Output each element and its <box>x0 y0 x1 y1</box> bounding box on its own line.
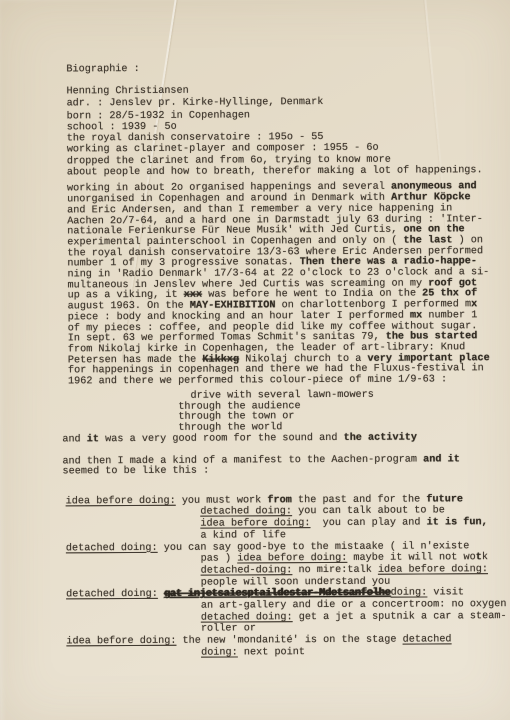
text-run: idea before doing: <box>378 564 488 576</box>
document-line: and it was a very good room for the soun… <box>62 433 510 446</box>
text-run: detached-doing: <box>201 565 293 576</box>
paper-sheet: Biographie :Henning Christiansenadr. : J… <box>0 0 510 720</box>
document-line: about people and how to breath, therefor… <box>67 165 510 179</box>
text-run: detached doing: <box>66 589 158 600</box>
text-run: x <box>471 299 477 310</box>
text-run: doing: <box>391 588 428 599</box>
text-run: adr. : Jenslev pr. Kirke-Hyllinge, Denma… <box>67 97 324 109</box>
text-run: it is fun, <box>427 517 488 528</box>
text-run: k <box>482 552 488 563</box>
text-run: was a very good room for the sound and <box>99 433 344 445</box>
text-run: mx <box>410 310 422 321</box>
text-run: detached <box>403 634 452 645</box>
text-run: future <box>426 494 463 505</box>
text-run: next point <box>238 647 305 658</box>
blank-line <box>66 76 76 87</box>
text-run: born : 28/5-1932 in Copenhagen <box>67 110 250 122</box>
text-run: MAY-EXHIBITION <box>190 300 276 311</box>
text-run: Henning Christiansen <box>66 86 188 98</box>
text-run: drive with several lawn-mowers <box>190 390 373 402</box>
document-line: 1962 and there we performed this colour-… <box>68 375 510 388</box>
text-run: the new 'mondanité' is on the stage <box>176 635 402 647</box>
text-run: doing: <box>201 647 238 658</box>
text-block: drive with several lawn-mowersthrough th… <box>68 390 510 479</box>
text-run: xxx <box>184 290 202 301</box>
blank-line <box>69 478 79 496</box>
document-body: Biographie :Henning Christiansenadr. : J… <box>0 0 510 660</box>
document-line: Biographie : <box>66 62 510 76</box>
text-run: maybe it will not wo <box>347 552 475 564</box>
text-run: 1962 and there we performed this colour-… <box>68 374 447 387</box>
document-line: detached doing: get a jet a sputnik a ca… <box>201 611 510 624</box>
document-line: adr. : Jenslev pr. Kirke-Hyllinge, Denma… <box>67 96 510 110</box>
text-run: you must work <box>176 495 268 506</box>
text-run: an art-gallery and die or a concertroom:… <box>201 599 507 612</box>
text-run: the past and for the <box>292 494 427 506</box>
text-run: get a jet a sputnik a car a steam- <box>293 611 507 623</box>
text-run: detached doing: <box>201 612 293 623</box>
text-run: you can talk about to be <box>292 506 445 518</box>
text-run: a kind of life <box>200 530 286 541</box>
text-run: you can play and <box>310 518 426 530</box>
text-block: idea before doing: you must work from th… <box>69 476 510 660</box>
text-run: Biographie : <box>66 64 139 75</box>
text-run: about people and how to breath, therefor… <box>67 165 483 178</box>
text-run: it <box>87 434 99 445</box>
text-run: number 1 <box>422 310 477 321</box>
document-line: detached-doing: no mire:talk idea before… <box>201 564 510 577</box>
text-run: and it <box>423 454 460 465</box>
text-run: one on the <box>403 225 464 236</box>
text-run: the last <box>404 235 453 246</box>
text-run: idea before doing: <box>66 495 176 507</box>
text-run: detached doing: <box>66 542 158 553</box>
text-run: visit <box>427 588 464 599</box>
text-run: roller or <box>201 624 256 635</box>
text-run: and <box>62 434 87 445</box>
text-run: through the world <box>178 422 282 434</box>
text-run: pas ) <box>201 554 238 565</box>
text-run: the bus started <box>386 331 478 342</box>
text-run: idea before doing: <box>66 636 176 648</box>
text-block: Biographie :Henning Christiansenadr. : J… <box>66 62 510 178</box>
text-run: detached doing: <box>200 507 292 518</box>
text-run: Arthur Köpcke <box>391 192 471 203</box>
text-run: seemed to be like this : <box>62 466 209 478</box>
text-run: idea before doing: <box>237 553 347 565</box>
text-run: and then I made a kind of a manifest to … <box>62 454 423 467</box>
text-run: from <box>267 495 292 506</box>
text-run: the activity <box>344 432 417 443</box>
text-run: school : 1939 - 5o <box>67 122 177 134</box>
text-block: working in about 2o organised happenings… <box>67 176 510 388</box>
text-run: no mire:talk <box>292 565 378 576</box>
document-line: idea before doing: you can play and it i… <box>200 517 510 530</box>
text-run: gat injetsaiesptaildestar-Mdetsanfolhe <box>164 588 391 600</box>
document-line: doing: next point <box>201 646 510 659</box>
text-run: ) on <box>452 235 483 246</box>
text-run: people will soon understand you <box>201 576 391 588</box>
text-run: idea before doing: <box>200 518 310 530</box>
